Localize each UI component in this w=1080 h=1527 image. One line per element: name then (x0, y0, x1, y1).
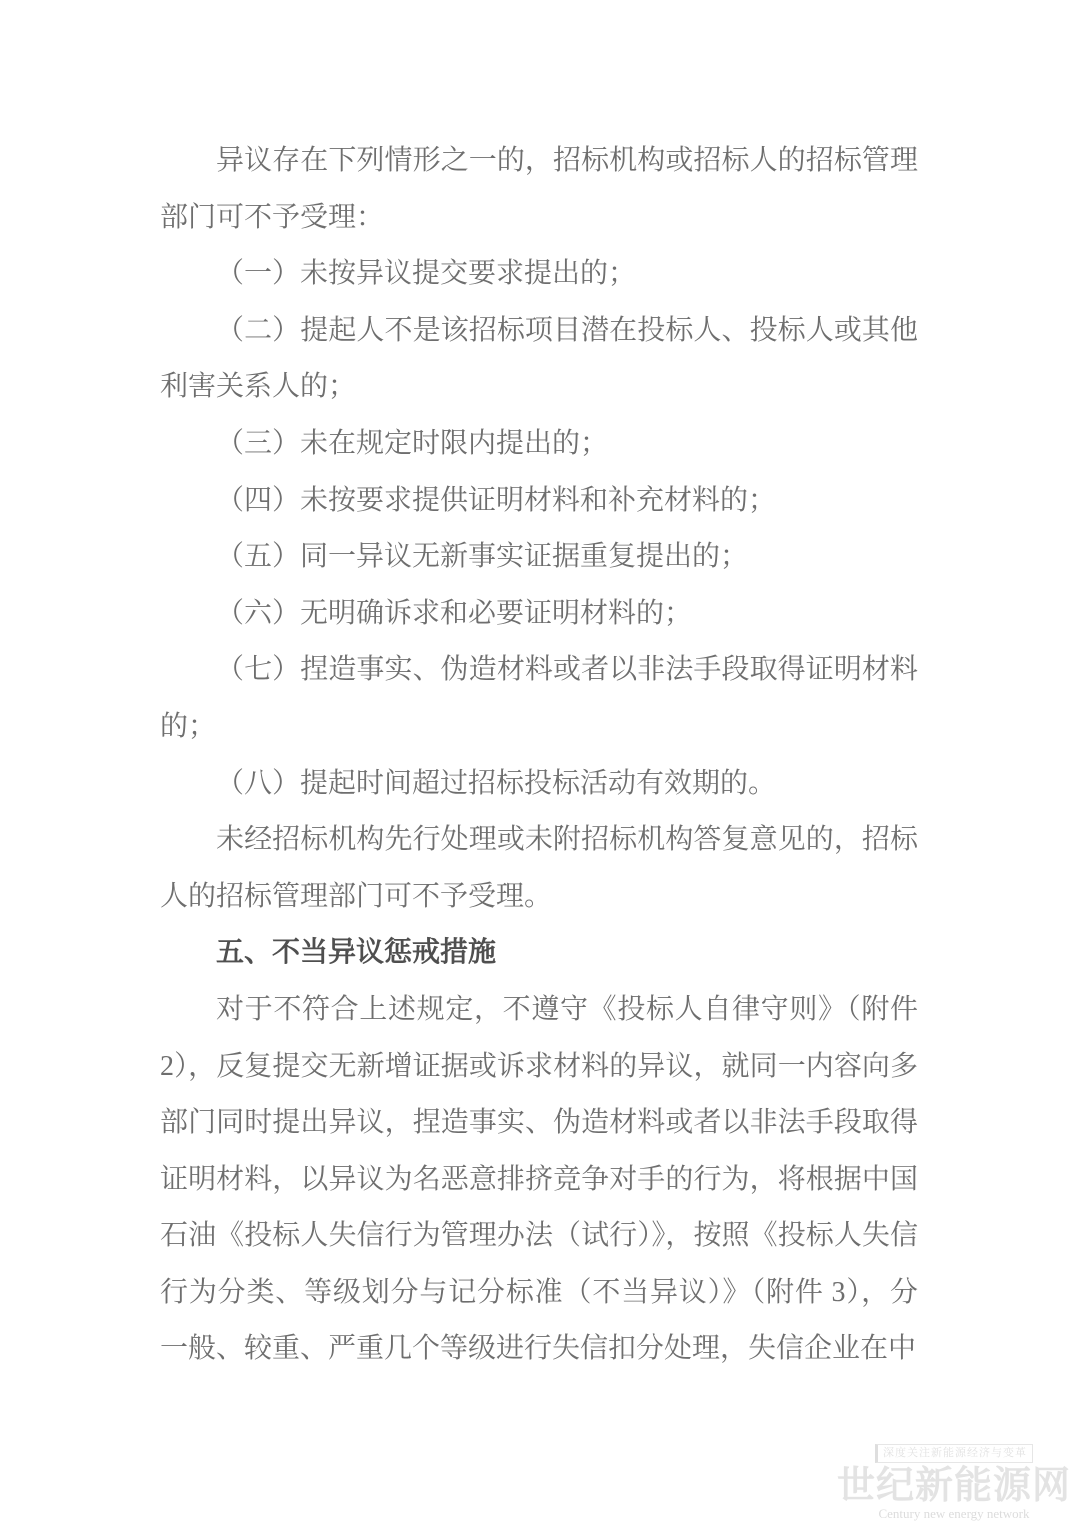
paragraph: （三）未在规定时限内提出的； (160, 416, 918, 473)
paragraph: 异议存在下列情形之一的，招标机构或招标人的招标管理部门可不予受理： (160, 133, 918, 246)
watermark-site-name: 世纪新能源网 (836, 1466, 1072, 1506)
document-page: 异议存在下列情形之一的，招标机构或招标人的招标管理部门可不予受理：（一）未按异议… (0, 0, 1080, 1527)
watermark: 深度关注新能源经济与变革 世纪新能源网 Century new energy n… (836, 1443, 1072, 1521)
paragraph: （二）提起人不是该招标项目潜在投标人、投标人或其他利害关系人的； (160, 303, 918, 416)
paragraph: （四）未按要求提供证明材料和补充材料的； (160, 473, 918, 530)
paragraph: （五）同一异议无新事实证据重复提出的； (160, 529, 918, 586)
document-body: 异议存在下列情形之一的，招标机构或招标人的招标管理部门可不予受理：（一）未按异议… (160, 133, 918, 1378)
paragraph: （八）提起时间超过招标投标活动有效期的。 (160, 756, 918, 813)
paragraph: 未经招标机构先行处理或未附招标机构答复意见的，招标人的招标管理部门可不予受理。 (160, 812, 918, 925)
paragraph: （七）捏造事实、伪造材料或者以非法手段取得证明材料的； (160, 642, 918, 755)
watermark-slogan-badge: 深度关注新能源经济与变革 (875, 1444, 1033, 1463)
watermark-site-name-en: Century new energy network (836, 1506, 1072, 1521)
section-heading: 五、不当异议惩戒措施 (160, 925, 918, 982)
paragraph: （一）未按异议提交要求提出的； (160, 246, 918, 303)
paragraph: （六）无明确诉求和必要证明材料的； (160, 586, 918, 643)
paragraph: 对于不符合上述规定，不遵守《投标人自律守则》（附件 2），反复提交无新增证据或诉… (160, 982, 918, 1378)
